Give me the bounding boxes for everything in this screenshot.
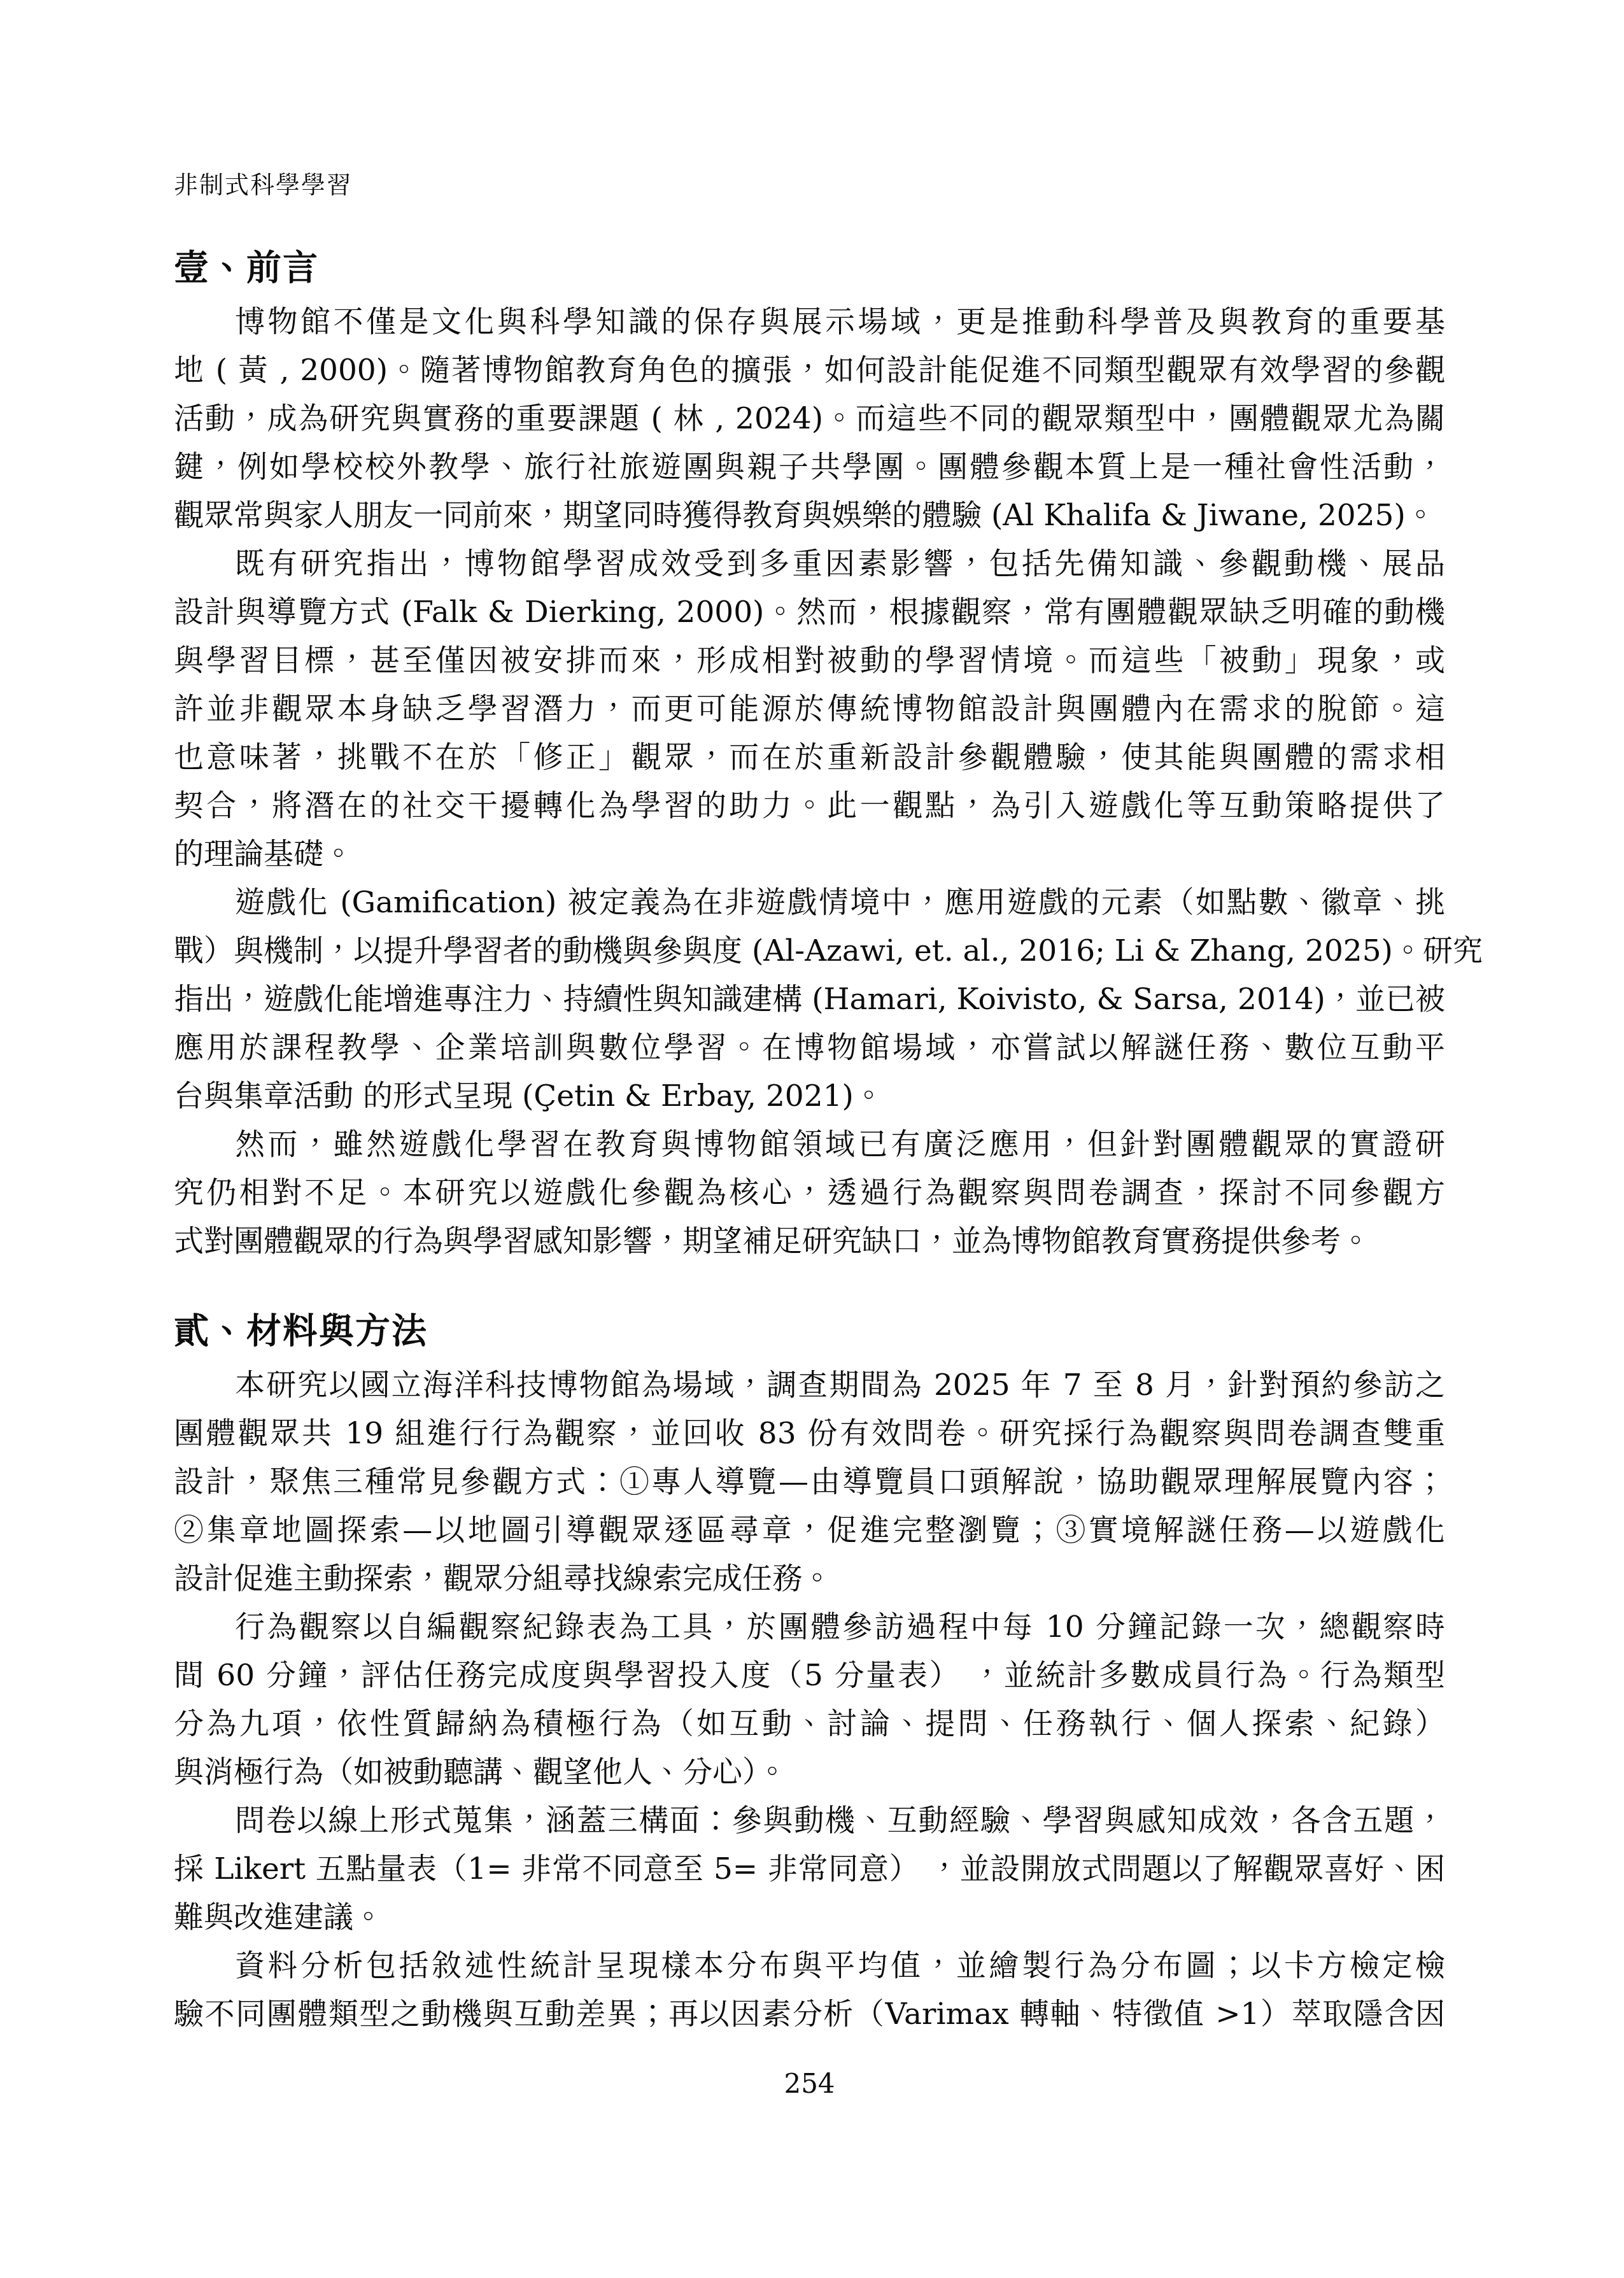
section-heading: 貳、材料與方法 — [174, 1304, 1445, 1357]
text-line: 團體觀眾共 19 組進行行為觀察，並回收 83 份有效問卷。研究採行為觀察與問卷… — [174, 1410, 1445, 1458]
paragraph: 然而，雖然遊戲化學習在教育與博物館領域已有廣泛應用，但針對團體觀眾的實證研究仍相… — [174, 1121, 1445, 1266]
text-line: 設計，聚焦三種常見參觀方式：①專人導覽—由導覽員口頭解說，協助觀眾理解展覽內容； — [174, 1458, 1445, 1506]
text-line: 行為觀察以自編觀察紀錄表為工具，於團體參訪過程中每 10 分鐘記錄一次，總觀察時 — [174, 1603, 1445, 1652]
text-line: 本研究以國立海洋科技博物館為場域，調查期間為 2025 年 7 至 8 月，針對… — [174, 1361, 1445, 1410]
section-heading: 壹、前言 — [174, 241, 1445, 294]
text-line: 博物館不僅是文化與科學知識的保存與展示場域，更是推動科學普及與教育的重要基 — [174, 298, 1445, 346]
text-line: 許並非觀眾本身缺乏學習潛力，而更可能源於傳統博物館設計與團體內在需求的脫節。這 — [174, 685, 1445, 733]
text-line: 應用於課程教學、企業培訓與數位學習。在博物館場域，亦嘗試以解謎任務、數位互動平 — [174, 1024, 1445, 1072]
section: 貳、材料與方法本研究以國立海洋科技博物館為場域，調查期間為 2025 年 7 至… — [174, 1304, 1445, 2039]
text-line: 分為九項，依性質歸納為積極行為（如互動、討論、提問、任務執行、個人探索、紀錄） — [174, 1700, 1445, 1748]
text-line: 採 Likert 五點量表（1= 非常不同意至 5= 非常同意） ，並設開放式問… — [174, 1845, 1445, 1893]
paragraph: 本研究以國立海洋科技博物館為場域，調查期間為 2025 年 7 至 8 月，針對… — [174, 1361, 1445, 1603]
text-line: 然而，雖然遊戲化學習在教育與博物館領域已有廣泛應用，但針對團體觀眾的實證研 — [174, 1121, 1445, 1169]
text-line: 式對團體觀眾的行為與學習感知影響，期望補足研究缺口，並為博物館教育實務提供參考。 — [174, 1217, 1445, 1266]
text-line: 驗不同團體類型之動機與互動差異；再以因素分析（Varimax 轉軸、特徵值 >1… — [174, 1990, 1445, 2039]
text-line: 契合，將潛在的社交干擾轉化為學習的助力。此一觀點，為引入遊戲化等互動策略提供了 — [174, 782, 1445, 830]
text-line: 既有研究指出，博物館學習成效受到多重因素影響，包括先備知識、參觀動機、展品 — [174, 540, 1445, 588]
text-line: 也意味著，挑戰不在於「修正」觀眾，而在於重新設計參觀體驗，使其能與團體的需求相 — [174, 733, 1445, 782]
paragraph: 既有研究指出，博物館學習成效受到多重因素影響，包括先備知識、參觀動機、展品設計與… — [174, 540, 1445, 879]
text-column: 非制式科學學習 壹、前言博物館不僅是文化與科學知識的保存與展示場域，更是推動科學… — [174, 171, 1445, 2039]
text-line: 問卷以線上形式蒐集，涵蓋三構面：參與動機、互動經驗、學習與感知成效，各含五題， — [174, 1797, 1445, 1845]
text-line: 遊戲化 (Gamification) 被定義為在非遊戲情境中，應用遊戲的元素（如… — [174, 879, 1445, 927]
text-line: ②集章地圖探索—以地圖引導觀眾逐區尋章，促進完整瀏覽；③實境解謎任務—以遊戲化 — [174, 1506, 1445, 1555]
text-line: 間 60 分鐘，評估任務完成度與學習投入度（5 分量表） ，並統計多數成員行為。… — [174, 1652, 1445, 1700]
paragraph: 資料分析包括敘述性統計呈現樣本分布與平均值，並繪製行為分布圖；以卡方檢定檢驗不同… — [174, 1942, 1445, 2039]
running-header: 非制式科學學習 — [174, 171, 1445, 199]
document-page: 非制式科學學習 壹、前言博物館不僅是文化與科學知識的保存與展示場域，更是推動科學… — [0, 0, 1624, 2278]
text-line: 與消極行為（如被動聽講、觀望他人、分心）。 — [174, 1748, 1445, 1797]
text-line: 鍵，例如學校校外教學、旅行社旅遊團與親子共學團。團體參觀本質上是一種社會性活動， — [174, 443, 1445, 492]
paragraph: 行為觀察以自編觀察紀錄表為工具，於團體參訪過程中每 10 分鐘記錄一次，總觀察時… — [174, 1603, 1445, 1797]
text-line: 台與集章活動 的形式呈現 (Çetin & Erbay, 2021)。 — [174, 1072, 1445, 1121]
text-line: 究仍相對不足。本研究以遊戲化參觀為核心，透過行為觀察與問卷調查，探討不同參觀方 — [174, 1169, 1445, 1217]
page-number: 254 — [174, 2066, 1445, 2102]
text-line: 設計與導覽方式 (Falk & Dierking, 2000)。然而，根據觀察，… — [174, 588, 1445, 637]
paragraph: 遊戲化 (Gamification) 被定義為在非遊戲情境中，應用遊戲的元素（如… — [174, 879, 1445, 1121]
text-line: 觀眾常與家人朋友一同前來，期望同時獲得教育與娛樂的體驗 (Al Khalifa … — [174, 492, 1445, 540]
paragraph: 博物館不僅是文化與科學知識的保存與展示場域，更是推動科學普及與教育的重要基地 (… — [174, 298, 1445, 540]
text-line: 戰）與機制，以提升學習者的動機與參與度 (Al-Azawi, et. al., … — [174, 927, 1445, 975]
text-line: 的理論基礎。 — [174, 830, 1445, 879]
section: 壹、前言博物館不僅是文化與科學知識的保存與展示場域，更是推動科學普及與教育的重要… — [174, 241, 1445, 1266]
text-line: 與學習目標，甚至僅因被安排而來，形成相對被動的學習情境。而這些「被動」現象，或 — [174, 637, 1445, 685]
text-line: 難與改進建議。 — [174, 1893, 1445, 1942]
text-line: 地 ( 黃 , 2000)。隨著博物館教育角色的擴張，如何設計能促進不同類型觀眾… — [174, 346, 1445, 395]
text-line: 指出，遊戲化能增進專注力、持續性與知識建構 (Hamari, Koivisto,… — [174, 975, 1445, 1024]
text-line: 資料分析包括敘述性統計呈現樣本分布與平均值，並繪製行為分布圖；以卡方檢定檢 — [174, 1942, 1445, 1990]
text-line: 活動，成為研究與實務的重要課題 ( 林 , 2024)。而這些不同的觀眾類型中，… — [174, 395, 1445, 443]
text-line: 設計促進主動探索，觀眾分組尋找線索完成任務。 — [174, 1555, 1445, 1603]
paragraph: 問卷以線上形式蒐集，涵蓋三構面：參與動機、互動經驗、學習與感知成效，各含五題，採… — [174, 1797, 1445, 1942]
page-body: 壹、前言博物館不僅是文化與科學知識的保存與展示場域，更是推動科學普及與教育的重要… — [174, 241, 1445, 2039]
